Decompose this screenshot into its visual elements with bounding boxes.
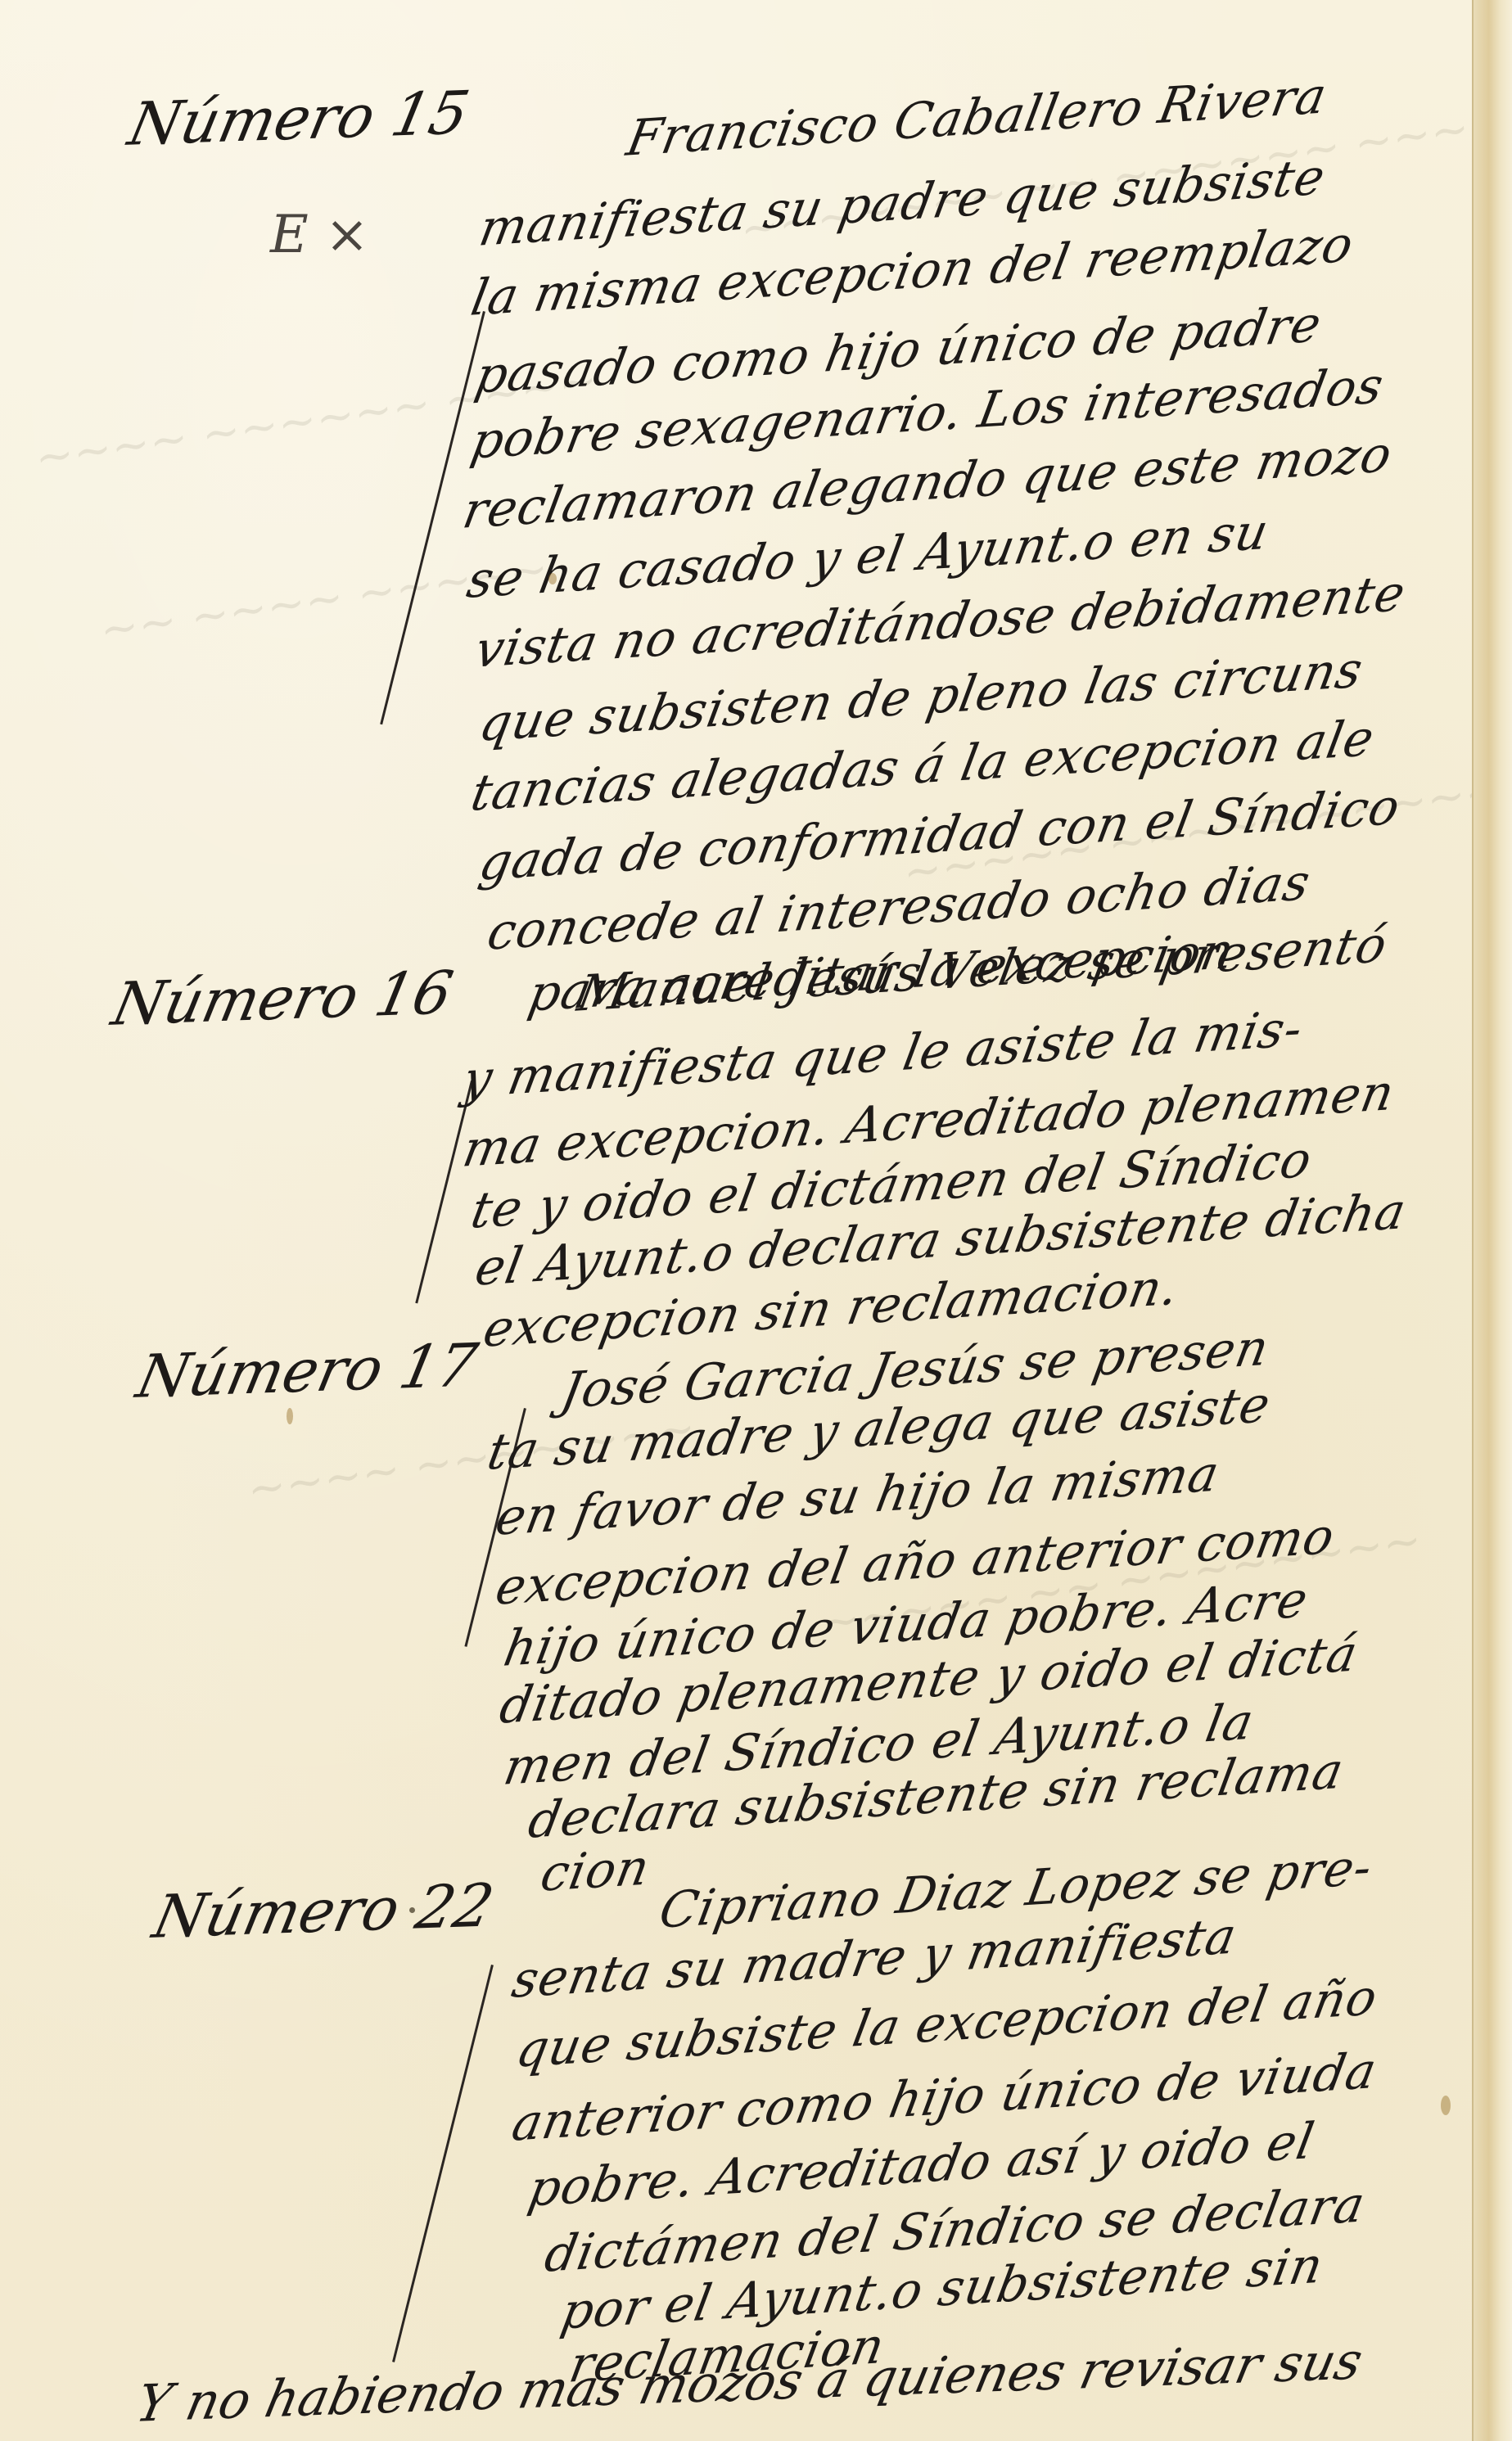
- ink-stain: [287, 1408, 293, 1424]
- entry-label: Número 15: [123, 78, 475, 159]
- page-edge: [1472, 0, 1512, 2441]
- entry-label: Número 17: [131, 1330, 483, 1411]
- ink-stain: [548, 573, 557, 584]
- entry-line: cion: [536, 1839, 654, 1903]
- entry-bracket: [415, 1081, 473, 1303]
- entry-label: Número 16: [106, 958, 458, 1039]
- entry-bracket: [392, 1965, 494, 2362]
- entry-line: Francisco Caballero Rivera: [622, 67, 1332, 168]
- ink-stain: [1441, 2096, 1451, 2115]
- margin-annotation: E ×: [270, 205, 369, 265]
- manuscript-page: ~~~~ ~~~~~~ ~~~~ ~~ ~~~~ ~~~~~ ~~~~~~~ ~…: [0, 0, 1474, 2441]
- entry-label: Número 22: [147, 1870, 499, 1951]
- ink-stain: [409, 1907, 415, 1913]
